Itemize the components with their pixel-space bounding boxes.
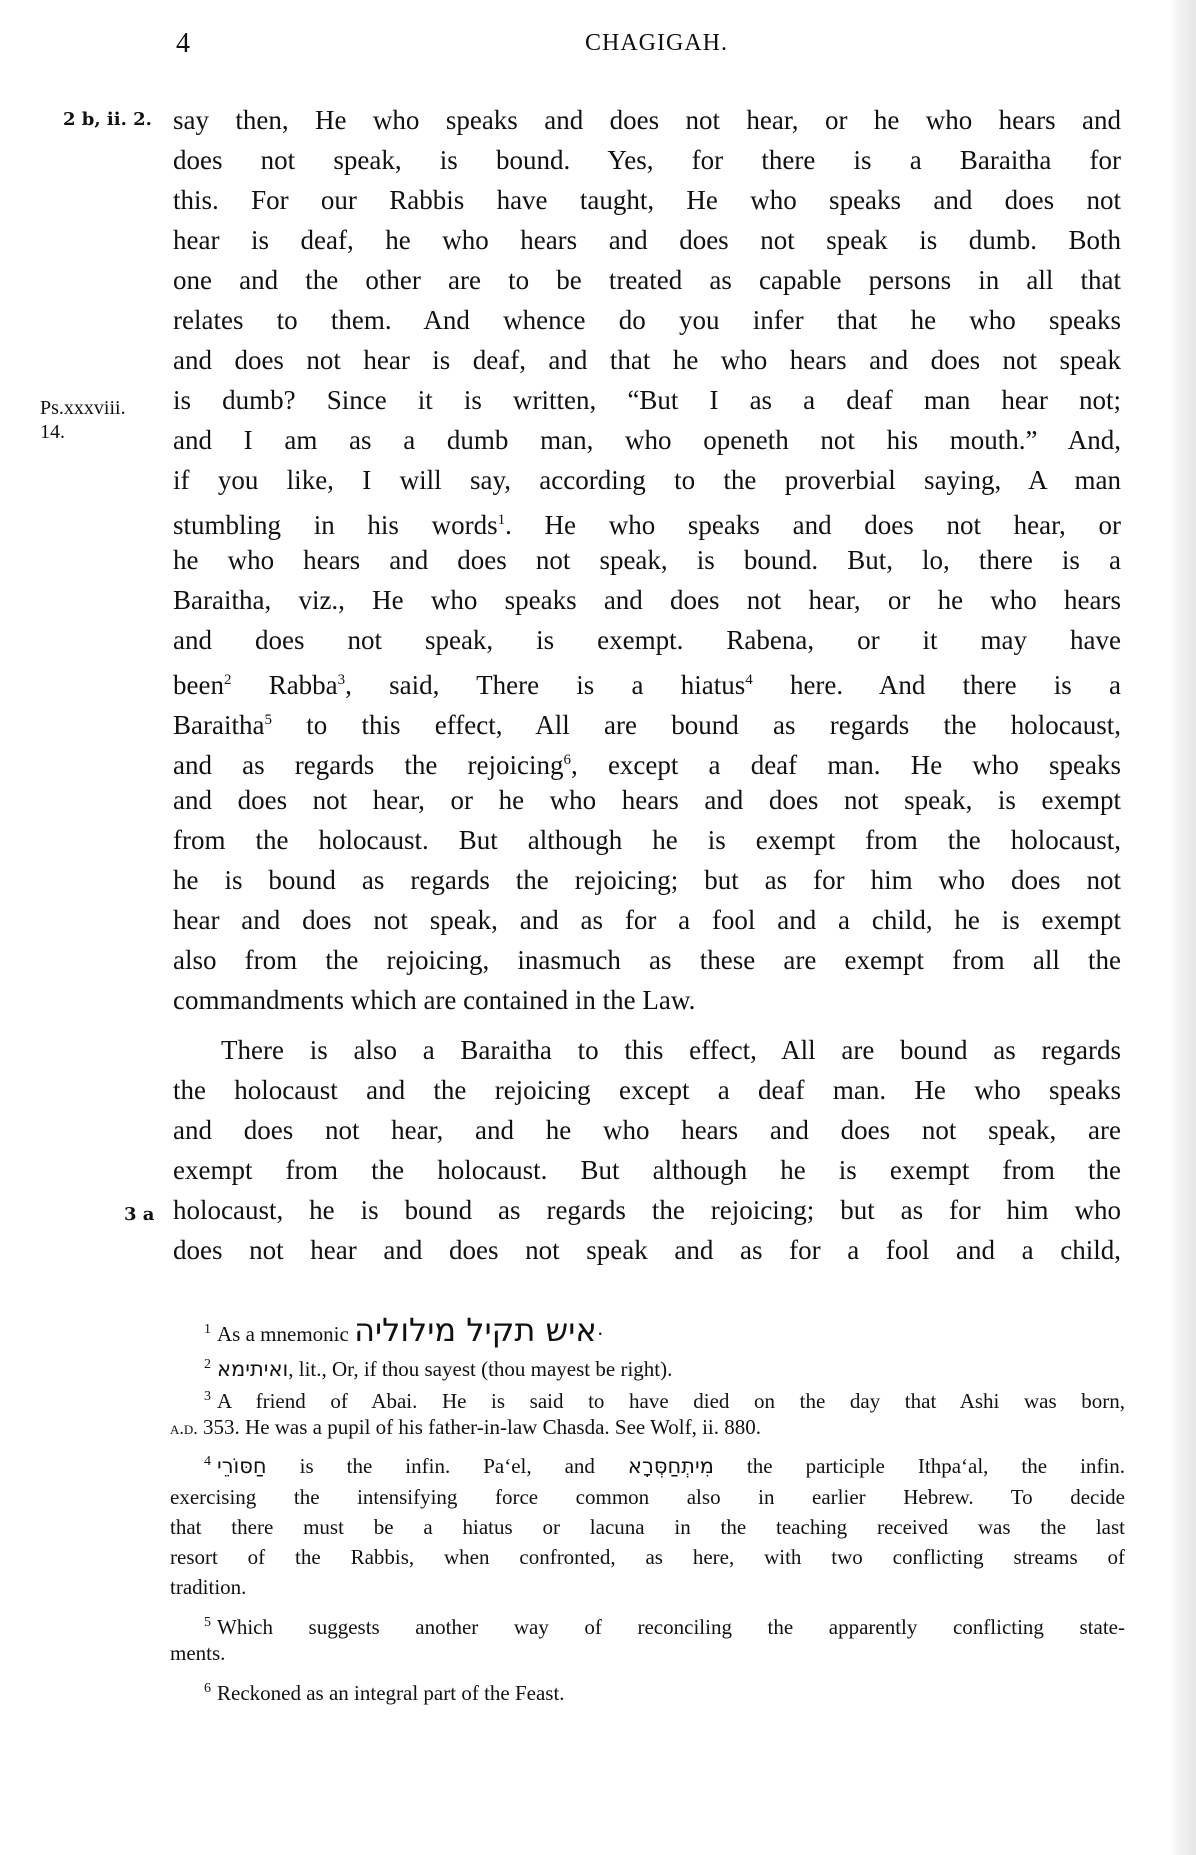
body-line: if you like, I will say, according to th… bbox=[173, 460, 1121, 500]
footnote-3: 3A friend of Abai. He is said to have di… bbox=[204, 1382, 1125, 1412]
hebrew-text: ואיתימא bbox=[217, 1357, 288, 1381]
footnote-1: 1As a mnemonic איש תקיל מילוליה· bbox=[204, 1310, 1125, 1350]
body-line: is dumb? Since it is written, “But I as … bbox=[173, 380, 1121, 420]
footnote-marker: 2 bbox=[204, 1357, 211, 1372]
footnote-4-cont: that there must be a hiatus or lacuna in… bbox=[170, 1512, 1125, 1542]
margin-ref-2b: 2 b, ii. 2. bbox=[63, 108, 152, 132]
footnote-marker: 4 bbox=[204, 1454, 211, 1469]
body-line: stumbling in his words1. He who speaks a… bbox=[173, 500, 1121, 540]
body-line: commandments which are contained in the … bbox=[173, 980, 1121, 1020]
footnote-5: 5Which suggests another way of reconcili… bbox=[204, 1608, 1125, 1638]
body-line: and does not hear, and he who hears and … bbox=[173, 1110, 1121, 1150]
margin-ref-3a: 3 a bbox=[124, 1203, 154, 1227]
body-line: one and the other are to be treated as c… bbox=[173, 260, 1121, 300]
footnote-3-cont: a.d. 353. He was a pupil of his father-i… bbox=[170, 1412, 1125, 1442]
body-line: he is bound as regards the rejoicing; bu… bbox=[173, 860, 1121, 900]
body-line: hear and does not speak, and as for a fo… bbox=[173, 900, 1121, 940]
body-line: relates to them. And whence do you infer… bbox=[173, 300, 1121, 340]
hebrew-text: חַסּוֹרֵי bbox=[217, 1454, 267, 1478]
body-line: Baraitha5 to this effect, All are bound … bbox=[173, 700, 1121, 740]
footnote-ref-6[interactable]: 6 bbox=[564, 752, 572, 768]
footnote-marker: 1 bbox=[204, 1322, 211, 1337]
book-page: 4 CHAGIGAH. 2 b, ii. 2. Ps.xxxviii. 14. … bbox=[0, 0, 1196, 1855]
body-line: say then, He who speaks and does not hea… bbox=[173, 100, 1121, 140]
hebrew-text: איש תקיל מילוליה bbox=[354, 1311, 597, 1349]
body-line: from the holocaust. But although he is e… bbox=[173, 820, 1121, 860]
footnote-marker: 3 bbox=[204, 1389, 211, 1404]
footnote-4: 4חַסּוֹרֵי is the infin. Pa‘el, and מִית… bbox=[204, 1447, 1125, 1477]
footnote-2: 2ואיתימא, lit., Or, if thou sayest (thou… bbox=[204, 1350, 1125, 1380]
margin-ref-psalm: Ps.xxxviii. bbox=[40, 396, 126, 420]
page-edge-shadow bbox=[1170, 0, 1196, 1855]
footnote-5-cont: ments. bbox=[170, 1638, 1125, 1668]
body-line: he who hears and does not speak, is boun… bbox=[173, 540, 1121, 580]
footnote-marker: 5 bbox=[204, 1615, 211, 1630]
footnote-ref-4[interactable]: 4 bbox=[745, 672, 753, 688]
body-line: also from the rejoicing, inasmuch as the… bbox=[173, 940, 1121, 980]
footnote-4-cont: resort of the Rabbis, when confronted, a… bbox=[170, 1542, 1125, 1572]
footnote-6: 6Reckoned as an integral part of the Fea… bbox=[204, 1674, 1125, 1704]
footnote-ref-1[interactable]: 1 bbox=[498, 512, 506, 528]
body-line: does not speak, is bound. Yes, for there… bbox=[173, 140, 1121, 180]
body-line: this. For our Rabbis have taught, He who… bbox=[173, 180, 1121, 220]
footnote-4-cont: tradition. bbox=[170, 1572, 1125, 1602]
running-title: CHAGIGAH. bbox=[585, 30, 728, 57]
hebrew-text: מִיתְחַסְּרָא bbox=[628, 1454, 714, 1478]
body-line: been2 Rabba3, said, There is a hiatus4 h… bbox=[173, 660, 1121, 700]
body-line: and does not speak, is exempt. Rabena, o… bbox=[173, 620, 1121, 660]
body-line: and does not hear, or he who hears and d… bbox=[173, 780, 1121, 820]
body-line: and I am as a dumb man, who openeth not … bbox=[173, 420, 1121, 460]
body-line: hear is deaf, he who hears and does not … bbox=[173, 220, 1121, 260]
body-line: the holocaust and the rejoicing except a… bbox=[173, 1070, 1121, 1110]
footnote-ref-5[interactable]: 5 bbox=[264, 712, 272, 728]
running-head: 4 CHAGIGAH. bbox=[0, 28, 1196, 68]
body-line: holocaust, he is bound as regards the re… bbox=[173, 1190, 1121, 1230]
body-line: and as regards the rejoicing6, except a … bbox=[173, 740, 1121, 780]
body-line: does not hear and does not speak and as … bbox=[173, 1230, 1121, 1270]
body-line: Baraitha, viz., He who speaks and does n… bbox=[173, 580, 1121, 620]
body-line: There is also a Baraitha to this effect,… bbox=[221, 1030, 1121, 1070]
footnote-marker: 6 bbox=[204, 1681, 211, 1696]
margin-ref-psalm-verse: 14. bbox=[40, 420, 65, 444]
page-number: 4 bbox=[176, 28, 190, 60]
body-line: exempt from the holocaust. But although … bbox=[173, 1150, 1121, 1190]
body-line: and does not hear is deaf, and that he w… bbox=[173, 340, 1121, 380]
footnote-4-cont: exercising the intensifying force common… bbox=[170, 1482, 1125, 1512]
